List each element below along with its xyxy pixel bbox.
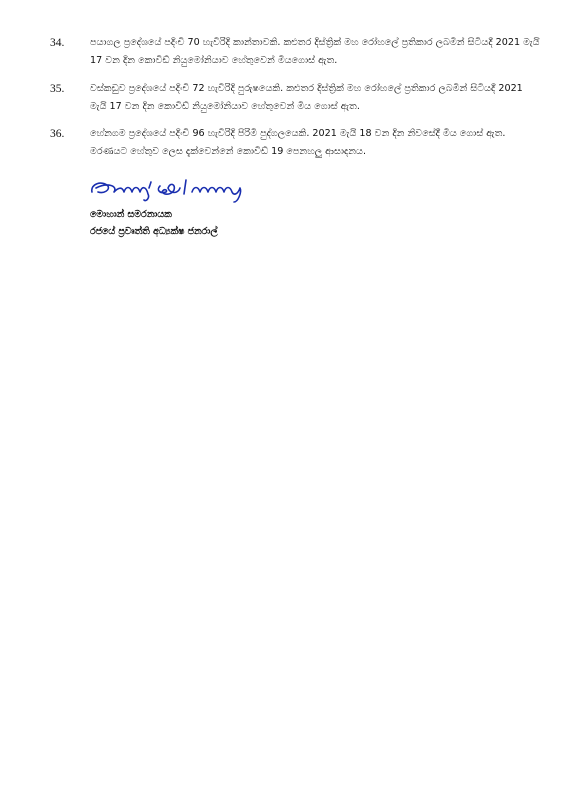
item-number: 36. xyxy=(50,125,64,143)
signer-title: රජයේ ප්‍රවෘත්ති අධ්‍යක්ෂ ජනරාල් xyxy=(90,226,218,237)
item-text: වස්කඩුව ප්‍රදේශයේ පදිංචි 72 හැවිරිදි පුර… xyxy=(90,80,542,116)
signature-icon xyxy=(88,172,258,206)
item-text: පයාගල ප්‍රදේශයේ පදිංචි 70 හැවිරිදි කාන්ත… xyxy=(90,34,542,70)
item-number: 35. xyxy=(50,80,64,98)
item-text: හේනගම ප්‍රදේශයේ පදිංචි 96 හැවිරිදි පිරිම… xyxy=(90,125,542,161)
signer-name: මොහාන් සමරනායක xyxy=(90,209,172,220)
item-number: 34. xyxy=(50,34,64,52)
